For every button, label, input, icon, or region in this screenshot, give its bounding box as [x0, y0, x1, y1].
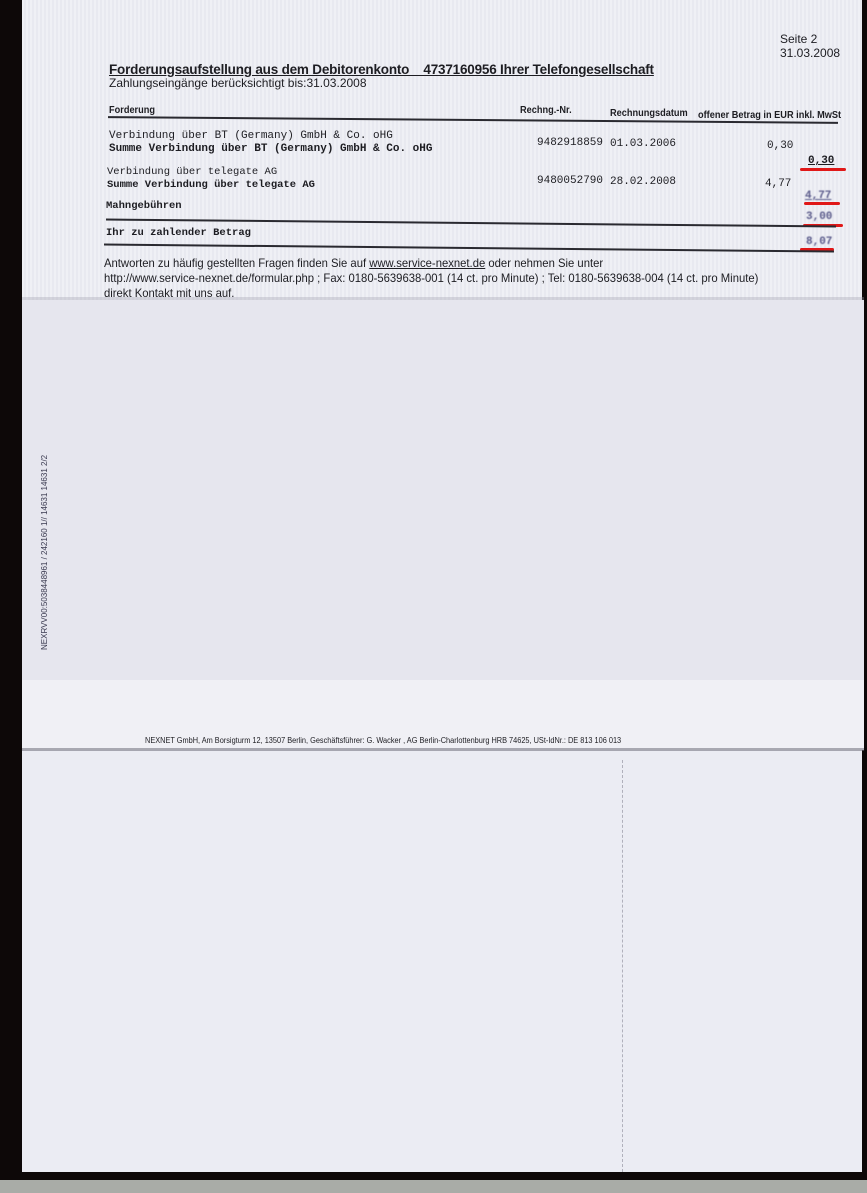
document-date: 31.03.2008	[780, 46, 840, 60]
column-header-invoice-date: Rechnungsdatum	[610, 108, 688, 119]
open-amount: 4,77	[765, 178, 791, 190]
faq-paragraph: Antworten zu häufig gestellten Fragen fi…	[104, 256, 758, 301]
invoice-number: 9482918859	[537, 137, 603, 149]
subtotal-amount: 0,30	[808, 155, 834, 167]
column-header-open-amount: offener Betrag in EUR inkl. MwSt	[698, 110, 841, 121]
invoice-number: 9480052790	[537, 175, 603, 187]
row-label: Summe Verbindung über BT (Germany) GmbH …	[109, 143, 432, 155]
document-title: Forderungsaufstellung aus dem Debitorenk…	[109, 62, 654, 77]
invoice-date: 28.02.2008	[610, 176, 676, 188]
invoice-date: 01.03.2006	[610, 138, 676, 150]
row-label: Verbindung über BT (Germany) GmbH & Co. …	[109, 130, 393, 142]
faq-text: oder nehmen Sie unter	[485, 256, 603, 270]
total-amount: 8,07	[806, 236, 832, 248]
contact-info: http://www.service-nexnet.de/formular.ph…	[104, 271, 758, 285]
row-label: Verbindung über telegate AG	[107, 166, 277, 178]
faq-text: Antworten zu häufig gestellten Fragen fi…	[104, 256, 369, 270]
service-website-link[interactable]: www.service-nexnet.de	[369, 256, 485, 270]
page-section	[22, 300, 864, 680]
page-section	[22, 750, 862, 1172]
document-reference-code: NEXRVV00:5038448961 / 242160 1// 14631 1…	[40, 455, 49, 650]
company-footer: NEXNET GmbH, Am Borsigturm 12, 13507 Ber…	[145, 736, 621, 745]
row-label: Mahngebühren	[106, 200, 182, 212]
total-label: Ihr zu zahlender Betrag	[106, 227, 251, 239]
red-highlight-mark	[800, 168, 846, 171]
red-highlight-mark	[804, 202, 840, 205]
document-subtitle: Zahlungseingänge berücksichtigt bis:31.0…	[109, 76, 367, 90]
scanner-edge	[0, 1180, 867, 1193]
faq-text: direkt Kontakt mit uns auf.	[104, 286, 234, 300]
row-label: Summe Verbindung über telegate AG	[107, 179, 315, 191]
perforation-line	[622, 760, 623, 1172]
column-header-invoice-no: Rechng.-Nr.	[520, 105, 572, 116]
page-number: Seite 2	[780, 32, 817, 46]
subtotal-amount: 4,77	[805, 190, 831, 202]
column-header-forderung: Forderung	[109, 105, 155, 116]
fold-line	[22, 748, 864, 751]
subtotal-amount: 3,00	[806, 211, 832, 223]
open-amount: 0,30	[767, 140, 793, 152]
